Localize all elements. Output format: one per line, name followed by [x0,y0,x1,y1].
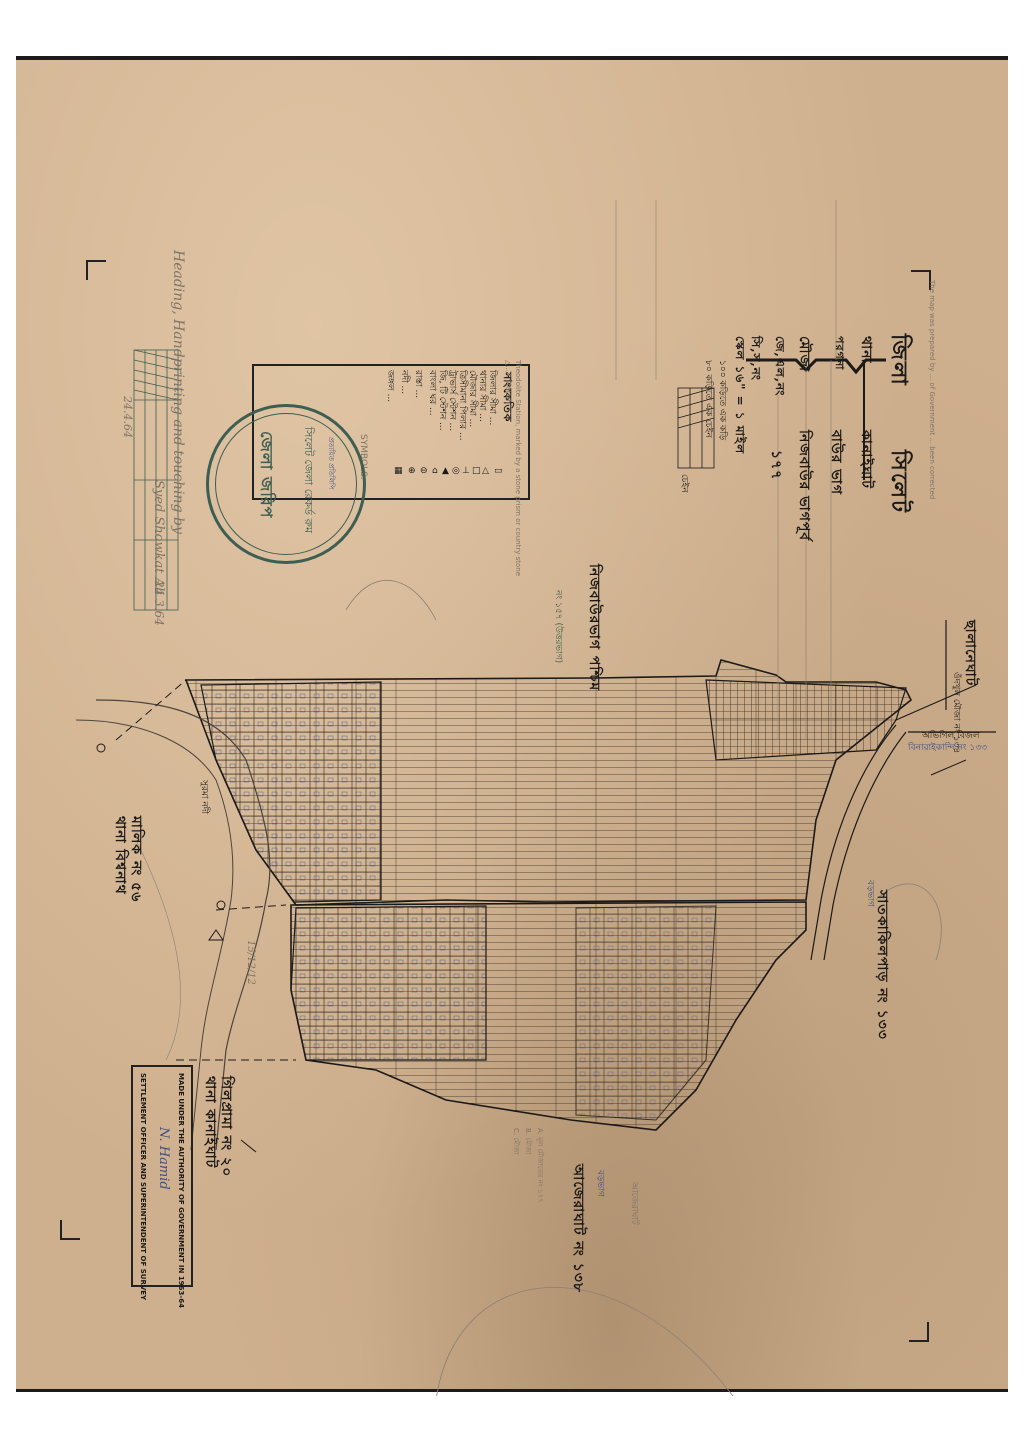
legend-symbol-road-icon: ⊖ [420,466,428,476]
scale-label: স্কেল ১৬" = ১ মাইল [728,336,748,454]
scale-grid-label: চেইন [677,474,692,493]
scale-note-1: ১০০ কড়িতে এক কড়ি [715,360,730,440]
handwritten-note-credit: Heading, Handprinting and touching by [170,250,186,534]
jl-number: ১৭৭ [764,450,788,480]
legend-symbol-traverse-icon: ◎ [452,466,460,476]
legend-symbol-district-icon: ▭ [494,466,503,476]
adjacent-mouza-north-note: নং ১৫৭ (উত্তরভাগ) [551,590,566,663]
adjacent-mouza-south-west-thana: থানা কানাইঘাট [198,1076,222,1168]
handwritten-date-2: 24.4.64 [121,396,134,438]
pargana-name: বাউর ভাগ [824,430,848,495]
legend-symbol-river-icon: ⊕ [408,466,416,476]
legend-symbol-gt-station-icon: ▲ [442,466,449,476]
thana-name: কানাইঘাট [854,430,878,489]
thana-label: থানা [854,336,878,364]
footnote-b: B. মৌজা [522,1128,534,1154]
footnote-a: A. মূল মৌজাতের নং ১৭৭ [534,1128,546,1203]
authority-box: MADE UNDER THE AUTHORITY OF GOVERNMENT I… [131,1065,193,1287]
legend-symbol-house-icon: ⌂ [432,466,438,476]
seal-text-inner: সিলেট জেলা রেকর্ড রুম [298,427,317,533]
authority-line-1: MADE UNDER THE AUTHORITY OF GOVERNMENT I… [177,1073,185,1308]
authority-line-2: SETTLEMENT OFFICER AND SUPERINTENDENT OF… [139,1073,147,1300]
river-label: সুরমা নদী [197,780,212,814]
jl-label: জে,এল,নং [768,336,788,396]
legend-english-note: Theodolite Station, marked by a stone pr… [514,360,522,576]
handwritten-date-1: 24.3.64 [152,580,166,626]
adjacent-mouza-south-note: বড়ভাগ [593,1170,608,1197]
legend-symbol-jungle-icon: ▦ [394,466,403,476]
adjacent-mouza-north: নিজবাউরভাগ পশ্চিম [582,564,606,691]
mouza-label: মৌজা [792,336,816,372]
adjacent-mouza-south-pencil: আজেরাঘাট [627,1182,642,1225]
mouza-name: নিজবাউর ভাগপূর্ব [792,430,816,541]
legend-row: বাংলা ঘর ... [425,370,440,416]
seal-note: প্রত্যয়িত প্রতিলিপি [325,437,337,490]
handwritten-note-name: Syed Showkat Ali [151,480,166,595]
handwritten-pencil-date: 15/12/12 [245,940,256,985]
seal-text-outer: জেলা জরিপ [252,431,279,519]
adjacent-mouza-east-note: বড়ভাগ [863,880,878,907]
legend-symbol-mouza-icon: □ [472,466,481,476]
pargana-label: পরগনা [829,336,848,370]
legend-row: রাস্তা ... [411,370,426,398]
legend-row: নদী ... [397,370,412,394]
legend-symbol-thana-icon: △ [482,466,489,476]
district-name: সিলেট [879,450,916,514]
footnote-c: C. মৌজা [510,1128,522,1154]
adjacent-mouza-east: সাতকাকিলপাড় নং ১৩৩ [870,890,894,1040]
legend-english-note: △...A Station [504,360,512,404]
district-label: জিলা [879,334,916,387]
corner-correction-note: The map was prepared by ... of Governmen… [928,280,936,499]
road-junction-note: বিনারাইকান্দি নং ১৩৩ [908,740,987,755]
legend-row: জঙ্গল ... [383,370,398,402]
record-room-seal: জেলা জরিপ সিলেট জেলা রেকর্ড রুম প্রত্যয়… [206,404,366,564]
adjacent-mouza-south: আজেরাঘাট নং ১৩৮ [566,1164,590,1293]
legend-symbol-pillar-icon: ⊥ [462,466,470,476]
scale-note-2: ৮০ কড়িতে এক চেইন [701,360,716,438]
authority-signature: N. Hamid [156,1127,171,1190]
adjacent-mouza-west-thana: থানা বিশ্বনাথ [108,816,132,895]
map-sheet: সাংকেতিক জিলার সীমা ... থানার সীমা ... ম… [16,56,1008,1392]
